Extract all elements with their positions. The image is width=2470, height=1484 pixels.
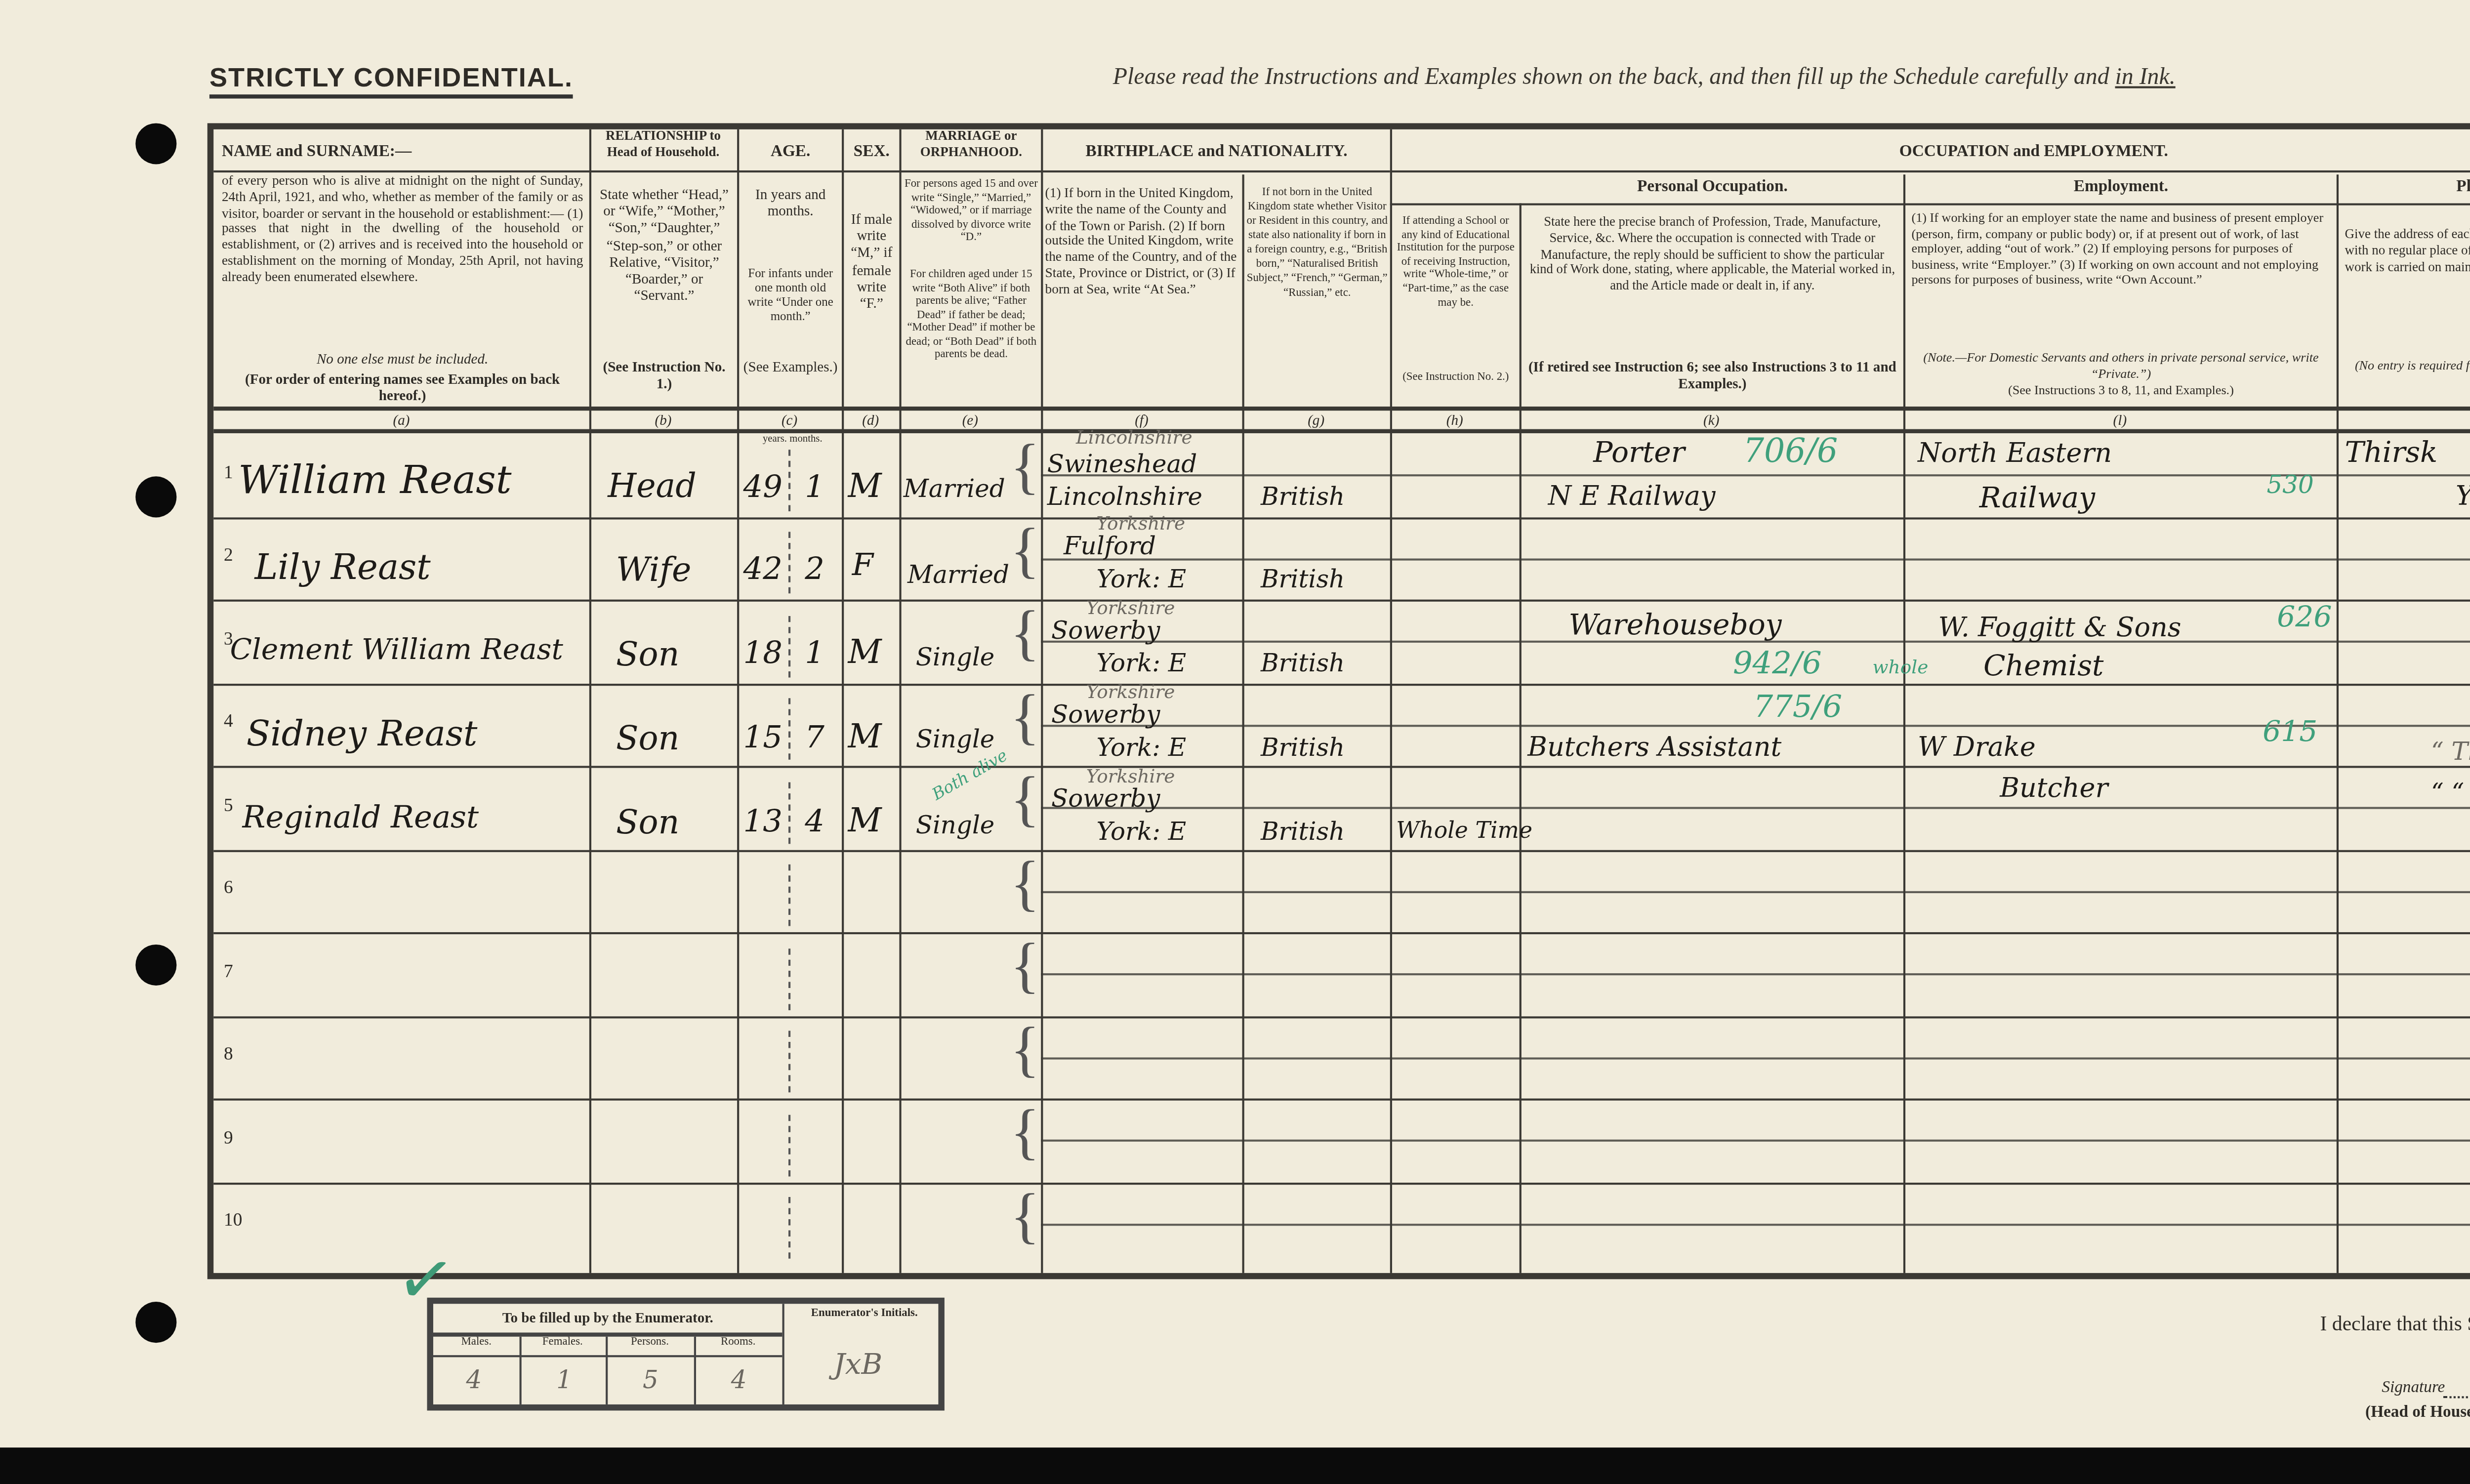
header-place-title: Place of Work.: [2339, 176, 2470, 195]
cell-age-years: 18: [743, 634, 782, 671]
cell-place: “ Thirsk: [2431, 737, 2470, 766]
cell-name: William Reast: [238, 458, 511, 503]
enumerator-initials-label: Enumerator's Initials.: [786, 1308, 943, 1320]
cell-age-months: 2: [805, 550, 824, 587]
cell-sex: M: [848, 801, 882, 840]
row-number: 5: [224, 794, 233, 815]
cell-relationship: Son: [616, 634, 679, 673]
header-place-note: (No entry is required for any person who…: [2345, 359, 2470, 393]
cell-birthplace-county: Lincolnshire: [1047, 483, 1202, 511]
header-relationship-title: RELATIONSHIP to Head of Household.: [591, 129, 735, 163]
punch-hole: [135, 476, 176, 517]
cell-marriage: Married: [907, 561, 1009, 589]
cell-relationship: Wife: [616, 550, 691, 589]
cell-relationship: Son: [616, 803, 679, 842]
cell-school: Whole Time: [1396, 817, 1532, 844]
header-marriage-children: For children aged under 15 write “Both A…: [904, 269, 1039, 362]
cell-employer-detail: Railway: [1979, 483, 2095, 516]
header-personal-note: (If retired see Instruction 6; see also …: [1527, 359, 1897, 393]
header-marriage-title: MARRIAGE or ORPHANHOOD.: [902, 129, 1041, 163]
header-sex-title: SEX.: [844, 142, 899, 160]
signature-label: Signature: [2382, 1378, 2445, 1396]
cell-age-years: 49: [743, 468, 782, 505]
header-relationship-note: (See Instruction No. 1.): [595, 359, 733, 393]
males-value: 4: [466, 1365, 482, 1394]
instructions-emphasis: in Ink.: [2115, 66, 2176, 90]
females-value: 1: [556, 1365, 572, 1394]
cell-occupation: Warehouseboy: [1568, 610, 1781, 643]
signature-caption: (Head of Household, Manager of Establish…: [2365, 1402, 2470, 1421]
cell-marriage: Single: [916, 811, 995, 840]
header-occupation-title: OCCUPATION and EMPLOYMENT.: [1390, 142, 2470, 160]
cell-birthplace-town: Swineshead: [1047, 450, 1197, 478]
row-number: 6: [224, 877, 233, 898]
cell-employer: North Eastern: [1918, 439, 2112, 470]
row-number: 1: [224, 462, 233, 483]
header-sex-body: If male write “M,” if female write “F.”: [846, 211, 897, 313]
row-number: 2: [224, 544, 233, 565]
header-school-note: (See Instruction No. 2.): [1394, 371, 1517, 385]
cell-relationship: Son: [616, 719, 679, 758]
column-letter-m: (m): [2337, 412, 2470, 429]
females-label: Females.: [520, 1337, 606, 1349]
cell-employer: W. Foggitt & Sons: [1938, 614, 2182, 645]
instructions-line: Please read the Instructions and Example…: [1113, 66, 2176, 90]
persons-label: Persons.: [606, 1337, 694, 1349]
cell-birthplace-county: York: E: [1096, 733, 1186, 762]
cell-birthplace-county: York: E: [1096, 817, 1186, 846]
cell-marriage-annotation: Both alive: [929, 746, 1011, 804]
cell-age-months: 7: [805, 719, 824, 756]
cell-relationship: Head: [608, 466, 697, 505]
header-birthplace-f: (1) If born in the United Kingdom, write…: [1045, 187, 1240, 299]
rooms-label: Rooms.: [694, 1337, 782, 1349]
row-number: 8: [224, 1043, 233, 1064]
signature-line: [2443, 1396, 2470, 1398]
column-letter-c: (c): [737, 412, 842, 429]
cell-place-detail: “ “: [2431, 778, 2464, 807]
cell-birthplace-annotation: Lincolnshire: [1076, 429, 1193, 450]
cell-age-years: 15: [743, 719, 782, 756]
males-label: Males.: [433, 1337, 520, 1349]
census-schedule-page: STRICTLY CONFIDENTIAL. Please read the I…: [0, 0, 2470, 1484]
cell-occupation: Porter: [1593, 437, 1685, 470]
cell-birthplace-county: York: E: [1096, 649, 1186, 677]
cell-employer-code: 615: [2263, 717, 2317, 750]
row-number: 7: [224, 961, 233, 982]
instructions-text: Please read the Instructions and Example…: [1113, 66, 2115, 90]
header-name-note: No one else must be included.: [222, 351, 583, 368]
header-personal-title: Personal Occupation.: [1522, 176, 1903, 195]
enumerator-box-title: To be filled up by the Enumerator.: [433, 1304, 782, 1337]
cell-occupation: Butchers Assistant: [1527, 733, 1781, 764]
header-name-body: of every person who is alive at midnight…: [222, 174, 583, 287]
cell-nationality: British: [1261, 817, 1345, 846]
row-number: 10: [224, 1209, 242, 1230]
cell-name: Reginald Reast: [242, 799, 479, 836]
row-number: 9: [224, 1127, 233, 1148]
cell-nationality: British: [1261, 649, 1345, 677]
punch-hole: [135, 123, 176, 164]
cell-sex: M: [848, 466, 882, 505]
cell-employer-code: 626: [2277, 602, 2332, 635]
header-age-note: (See Examples.): [741, 359, 840, 376]
cell-age-years: 13: [743, 803, 782, 840]
cell-employer-code: 530: [2267, 470, 2314, 499]
header-age-infants: For infants under one month old write “U…: [741, 269, 840, 326]
header-birthplace-g: If not born in the United Kingdom state …: [1246, 187, 1388, 302]
header-age-body: In years and months.: [741, 187, 840, 220]
cell-sex: F: [852, 546, 873, 583]
cell-age-months: 4: [805, 803, 824, 840]
cell-name: Clement William Reast: [230, 634, 563, 667]
cell-birthplace-county: York: E: [1096, 565, 1186, 593]
column-letter-b: (b): [589, 412, 737, 429]
header-employment-note: (See Instructions 3 to 8, 11, and Exampl…: [1912, 384, 2331, 401]
header-relationship-body: State whether “Head,” or “Wife,” “Mother…: [595, 187, 733, 305]
cell-nationality: British: [1261, 565, 1345, 593]
cell-birthplace-town: Sowerby: [1051, 700, 1160, 729]
column-letter-h: (h): [1390, 412, 1520, 429]
persons-value: 5: [643, 1365, 659, 1394]
row-number: 4: [224, 710, 233, 731]
cell-marriage: Married: [904, 474, 1005, 503]
cell-employer-detail: Chemist: [1983, 651, 2103, 684]
punch-hole: [135, 945, 176, 986]
cell-occupation-code-note: whole: [1873, 659, 1929, 680]
column-letter-k: (k): [1520, 412, 1903, 429]
cell-nationality: British: [1261, 483, 1345, 511]
declaration-text: I declare that this Schedule is correctl…: [2320, 1314, 2470, 1337]
enumerator-box: To be filled up by the Enumerator. Enume…: [427, 1298, 945, 1411]
column-letter-l: (l): [1903, 412, 2337, 429]
header-age-title: AGE.: [739, 142, 842, 160]
header-personal-body: State here the precise branch of Profess…: [1527, 215, 1897, 295]
rooms-value: 4: [731, 1365, 747, 1394]
enumerator-initials-value: JxB: [833, 1349, 882, 1382]
schedule-table: NAME and SURNAME:— RELATIONSHIP to Head …: [207, 123, 2470, 1279]
cell-place: Thirsk: [2345, 437, 2437, 470]
cell-occupation-detail: N E Railway: [1548, 483, 1716, 513]
cell-name: Sidney Reast: [247, 714, 478, 755]
cell-age-months: 1: [805, 634, 824, 671]
cell-birthplace-town: Fulford: [1064, 532, 1156, 560]
header-employment-note-italic: (Note.—For Domestic Servants and others …: [1912, 351, 2331, 385]
cell-age-years: 42: [743, 550, 782, 587]
cell-sex: M: [848, 632, 882, 671]
strictly-confidential-heading: STRICTLY CONFIDENTIAL.: [209, 62, 573, 99]
cell-employer: W Drake: [1918, 733, 2036, 764]
cell-occupation-code: 942/6: [1733, 645, 1822, 682]
header-name-order: (For order of entering names see Example…: [222, 371, 583, 405]
age-months-label: months.: [789, 435, 822, 446]
header-name-title: NAME and SURNAME:—: [222, 142, 468, 160]
punch-hole: [135, 1302, 176, 1343]
cell-place-detail: Yorks: [2456, 483, 2470, 513]
cell-marriage: Single: [916, 725, 995, 753]
column-letter-g: (g): [1242, 412, 1390, 429]
column-letter-d: (d): [842, 412, 899, 429]
header-school-body: If attending a School or any kind of Edu…: [1394, 215, 1517, 310]
cell-age-months: 1: [805, 468, 824, 505]
cell-employer-detail: Butcher: [2000, 774, 2108, 805]
header-employment-title: Employment.: [1905, 176, 2337, 195]
header-marriage-body: For persons aged 15 and over write “Sing…: [904, 179, 1039, 246]
cell-birthplace-town: Sowerby: [1051, 784, 1160, 813]
header-employment-body: (1) If working for an employer state the…: [1912, 211, 2331, 289]
header-birthplace-title: BIRTHPLACE and NATIONALITY.: [1043, 142, 1390, 160]
header-place-body: Give the address of each person's place …: [2345, 228, 2470, 277]
column-letter-f: (f): [1041, 412, 1242, 429]
cell-occupation-code: 775/6: [1753, 688, 1842, 725]
cell-marriage: Single: [916, 643, 995, 671]
cell-name: Lily Reast: [254, 548, 430, 589]
scan-edge: [0, 1447, 2470, 1484]
column-letter-e: (e): [899, 412, 1041, 429]
cell-sex: M: [848, 717, 882, 756]
cell-occupation-code: 706/6: [1743, 431, 1838, 470]
cell-birthplace-town: Sowerby: [1051, 616, 1160, 645]
age-subheader: years. months.: [741, 433, 844, 450]
age-years-label: years.: [763, 435, 787, 446]
cell-nationality: British: [1261, 733, 1345, 762]
column-letter-a: (a): [213, 412, 589, 429]
